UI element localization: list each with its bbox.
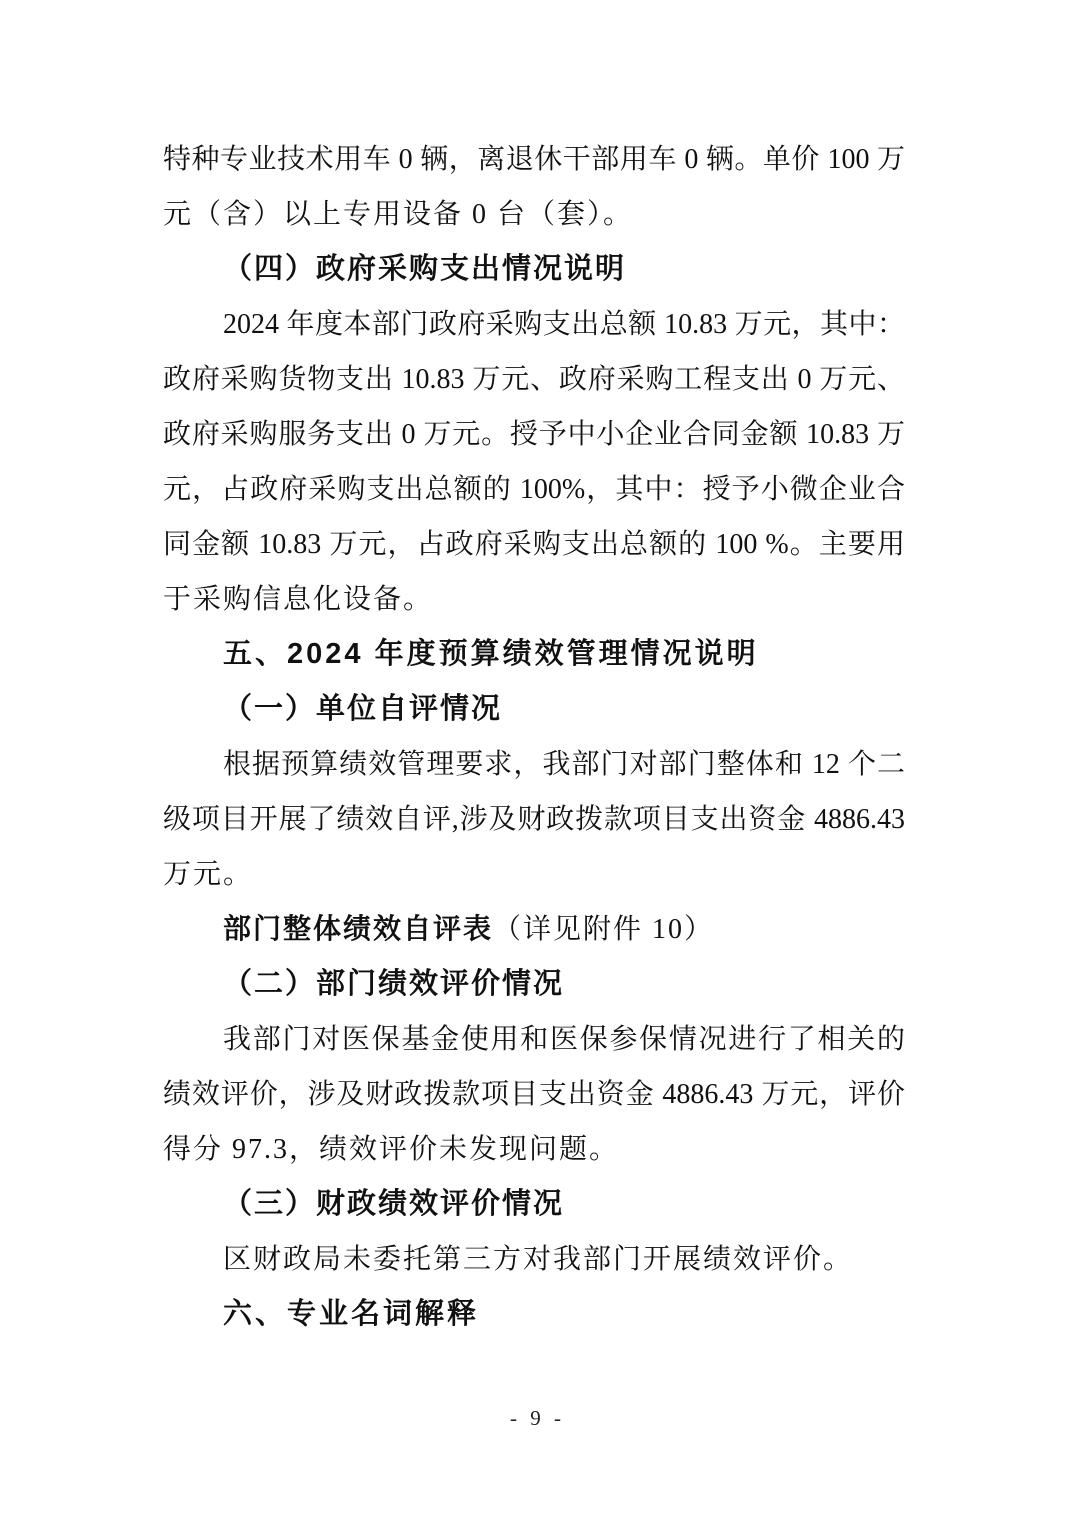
heading-subsection-3-finance-eval: （三）财政绩效评价情况 [163, 1177, 905, 1232]
paragraph-finance-eval-line: 区财政局未委托第三方对我部门开展绩效评价。 [163, 1232, 905, 1287]
paragraph-procurement-line: 同金额 10.83 万元，占政府采购支出总额的 100 %。主要用 [163, 517, 905, 572]
paragraph-vehicles-line: 特种专业技术用车 0 辆，离退休干部用车 0 辆。单价 100 万 [163, 132, 905, 187]
heading-subsection-1-self-eval: （一）单位自评情况 [163, 682, 905, 737]
paragraph-self-eval-line: 级项目开展了绩效自评,涉及财政拨款项目支出资金 4886.43 [163, 792, 905, 847]
paragraph-dept-eval-line: 绩效评价，涉及财政拨款项目支出资金 4886.43 万元，评价 [163, 1067, 905, 1122]
paragraph-procurement-line: 政府采购货物支出 10.83 万元、政府采购工程支出 0 万元、 [163, 352, 905, 407]
paragraph-self-eval-table-ref: 部门整体绩效自评表（详见附件 10） [163, 902, 905, 957]
paragraph-dept-eval-line: 我部门对医保基金使用和医保参保情况进行了相关的 [163, 1012, 905, 1067]
paragraph-self-eval-line: 万元。 [163, 847, 905, 902]
heading-chapter-6-glossary: 六、专业名词解释 [163, 1287, 905, 1342]
paragraph-procurement-line: 于采购信息化设备。 [163, 572, 905, 627]
paragraph-self-eval-line: 根据预算绩效管理要求，我部门对部门整体和 12 个二 [163, 737, 905, 792]
document-body: 特种专业技术用车 0 辆，离退休干部用车 0 辆。单价 100 万 元（含）以上… [163, 132, 905, 1342]
table-ref-note: （详见附件 10） [493, 914, 714, 945]
paragraph-procurement-line: 2024 年度本部门政府采购支出总额 10.83 万元，其中： [163, 297, 905, 352]
document-page: 特种专业技术用车 0 辆，离退休干部用车 0 辆。单价 100 万 元（含）以上… [0, 0, 1075, 1520]
heading-chapter-5-performance: 五、2024 年度预算绩效管理情况说明 [163, 627, 905, 682]
table-ref-title: 部门整体绩效自评表 [223, 914, 493, 945]
paragraph-dept-eval-line: 得分 97.3，绩效评价未发现问题。 [163, 1122, 905, 1177]
page-number: - 9 - [0, 1398, 1075, 1438]
paragraph-procurement-line: 元，占政府采购支出总额的 100%，其中：授予小微企业合 [163, 462, 905, 517]
paragraph-procurement-line: 政府采购服务支出 0 万元。授予中小企业合同金额 10.83 万 [163, 407, 905, 462]
heading-subsection-2-dept-eval: （二）部门绩效评价情况 [163, 957, 905, 1012]
paragraph-vehicles-line: 元（含）以上专用设备 0 台（套）。 [163, 187, 905, 242]
heading-section-4-procurement: （四）政府采购支出情况说明 [163, 242, 905, 297]
